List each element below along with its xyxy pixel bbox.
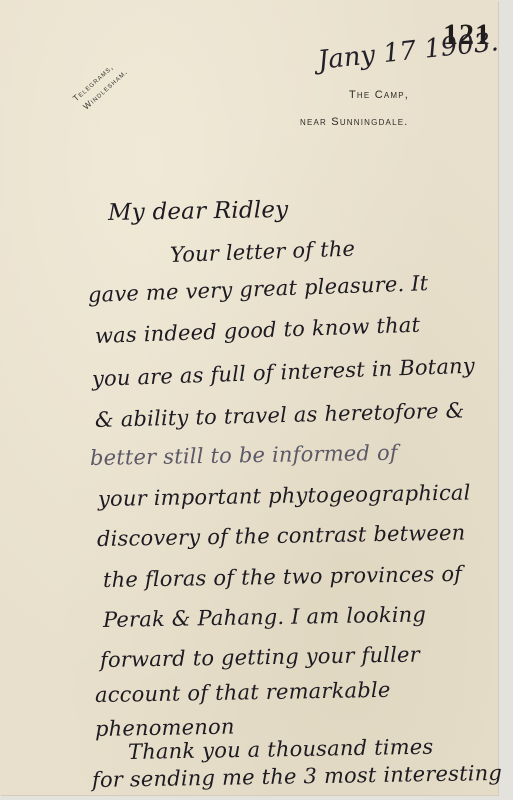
- body-line: gave me very great pleasure. It: [88, 271, 429, 307]
- body-line: was indeed good to know that: [95, 313, 421, 348]
- body-line: phenomenon: [95, 715, 235, 741]
- body-line: Perak & Pahang. I am looking: [103, 602, 426, 632]
- body-line: better still to be informed of: [90, 441, 398, 470]
- body-line: Thank you a thousand times: [128, 735, 434, 764]
- body-line: you are as full of interest in Botany: [92, 354, 476, 391]
- body-line: account of that remarkable: [95, 678, 391, 707]
- body-line: for sending me the 3 most interesting: [92, 761, 502, 792]
- address-line-1: The Camp,: [349, 89, 409, 101]
- body-line: your important phytogeographical: [98, 480, 471, 510]
- body-line: the floras of the two provinces of: [103, 562, 463, 592]
- address-line-2: near Sunningdale.: [300, 116, 409, 128]
- salutation: My dear Ridley: [108, 197, 289, 226]
- body-line: forward to getting your fuller: [100, 642, 420, 672]
- telegram-address: Telegrams, Windlesham.: [70, 56, 131, 114]
- body-line: discovery of the contrast between: [97, 521, 466, 551]
- letter-date: Jany 17 1903.: [316, 27, 500, 76]
- letter-page: 121 Telegrams, Windlesham. Jany 17 1903.…: [0, 0, 498, 795]
- body-line: Your letter of the: [170, 237, 356, 267]
- body-line: & ability to travel as heretofore &: [95, 398, 465, 432]
